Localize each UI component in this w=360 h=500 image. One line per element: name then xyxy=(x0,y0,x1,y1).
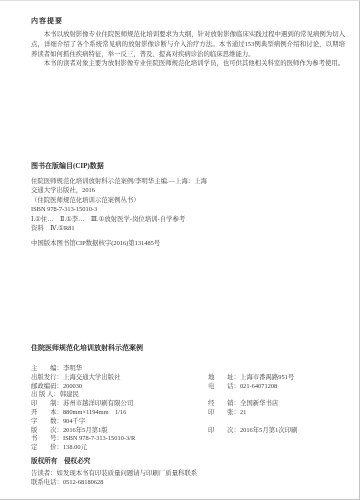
cip-record-line: 住院医师规范化培训放射科示范案例/李明华主编.—上海：上海 xyxy=(31,177,345,186)
field-label: 印 张： xyxy=(208,409,240,416)
field-label: 版 次： xyxy=(31,427,63,434)
field-value: 21 xyxy=(240,409,246,416)
cip-class-line: 资料 Ⅳ.①R81 xyxy=(31,224,345,233)
colophon-row-printer: 印 制：苏州市越洋印刷有限公司 经 销：全国新华书店 xyxy=(31,400,345,409)
colophon-row-format: 开 本：880mm×1194mm 1/16 印 张：21 xyxy=(31,409,345,418)
field-right: 印 张：21 xyxy=(208,409,246,418)
colophon-section: 住院医师规范化培训放射科示范案例 主 编：李明华 出版发行：上海交通大学出版社 … xyxy=(31,343,345,453)
field-label: 出 版 人： xyxy=(31,391,60,398)
colophon-row-editor: 主 编：李明华 xyxy=(31,365,345,374)
field-right: 地 址：上海市番禺路951号 xyxy=(208,374,294,383)
field-label: 电 话： xyxy=(208,383,240,390)
summary-heading: 内容提要 xyxy=(31,16,345,26)
cip-data-section: 图书在版编目(CIP)数据 住院医师规范化培训放射科示范案例/李明华主编.—上海… xyxy=(31,161,345,249)
field-value: 上海市番禺路951号 xyxy=(240,374,294,381)
cip-class-line: Ⅰ.①住… Ⅱ.①李… Ⅲ.①放射医学-岗位培训-自学参考 xyxy=(31,215,345,224)
colophon-row-publisher-person: 出 版 人：韩建民 xyxy=(31,391,345,400)
field-value: 李明华 xyxy=(63,365,82,372)
field-value: 苏州市越洋印刷有限公司 xyxy=(63,400,133,407)
field-right: 印 次：2016年5月第1次印刷 xyxy=(208,427,297,436)
field-value: ISBN 978-7-313-15010-3/R xyxy=(63,435,135,442)
quality-notice: 告读者：如发现本书有印装质量问题请与印刷厂质量科联系 xyxy=(31,469,345,478)
cip-record-number: 中国版本图书馆CIP数据核字(2016)第131485号 xyxy=(31,239,345,248)
colophon-row-price: 定 价：138.00元 xyxy=(31,444,345,453)
copyright-notice: 版权所有 侵权必究 xyxy=(31,455,345,465)
cip-series-line: （住院医师规范化培训示范案例丛书） xyxy=(31,196,345,205)
field-label: 印 次： xyxy=(208,427,240,434)
summary-paragraph-2: 本书的读者对象主要为放射影像专业住院医师规范化培训学员，也可供其他相关科室的医师… xyxy=(31,59,345,69)
field-value: 880mm×1194mm 1/16 xyxy=(63,409,126,416)
field-label: 字 数： xyxy=(31,418,63,425)
field-value: 200030 xyxy=(63,383,82,390)
copyright-footer-section: 版权所有 侵权必究 告读者：如发现本书有印装质量问题请与印刷厂质量科联系 联系电… xyxy=(31,455,345,487)
field-label: 邮政编码： xyxy=(31,383,63,390)
field-right: 经 销：全国新华书店 xyxy=(208,400,278,409)
field-label: 定 价： xyxy=(31,444,63,451)
contact-phone: 联系电话：0512-68180628 xyxy=(31,478,345,487)
field-value: 韩建民 xyxy=(60,391,79,398)
cip-isbn-line: ISBN 978-7-313-15010-3 xyxy=(31,205,345,214)
field-value: 2016年5月第1版 xyxy=(63,427,108,434)
field-label: 开 本： xyxy=(31,409,63,416)
content-summary-section: 内容提要 本书以放射影像专业住院医师规范化培训要求为大纲，针对放射影像临床实践过… xyxy=(31,16,345,69)
colophon-row-publisher: 出版发行：上海交通大学出版社 地 址：上海市番禺路951号 xyxy=(31,374,345,383)
field-value: 上海交通大学出版社 xyxy=(63,374,121,381)
colophon-row-isbn: 书 号：ISBN 978-7-313-15010-3/R xyxy=(31,435,345,444)
cip-heading: 图书在版编目(CIP)数据 xyxy=(31,161,345,171)
field-label: 书 号： xyxy=(31,435,63,442)
field-label: 印 制： xyxy=(31,400,63,407)
field-value: 138.00元 xyxy=(63,444,87,451)
colophon-row-wordcount: 字 数：904千字 xyxy=(31,418,345,427)
summary-paragraph-1: 本书以放射影像专业住院医师规范化培训要求为大纲，针对放射影像临床实践过程中遇到的… xyxy=(31,30,345,59)
field-right: 电 话：021-64071208 xyxy=(208,383,277,392)
book-copyright-page: 内容提要 本书以放射影像专业住院医师规范化培训要求为大纲，针对放射影像临床实践过… xyxy=(0,0,360,500)
field-label: 经 销： xyxy=(208,400,240,407)
field-label: 地 址： xyxy=(208,374,240,381)
field-value: 2016年5月第1次印刷 xyxy=(240,427,298,434)
field-label: 出版发行： xyxy=(31,374,63,381)
field-label: 主 编： xyxy=(31,365,63,372)
field-value: 021-64071208 xyxy=(240,383,277,390)
cip-record-line: 交通大学出版社，2016 xyxy=(31,186,345,195)
field-value: 全国新华书店 xyxy=(240,400,278,407)
field-value: 904千字 xyxy=(63,418,85,425)
book-title: 住院医师规范化培训放射科示范案例 xyxy=(31,343,345,353)
